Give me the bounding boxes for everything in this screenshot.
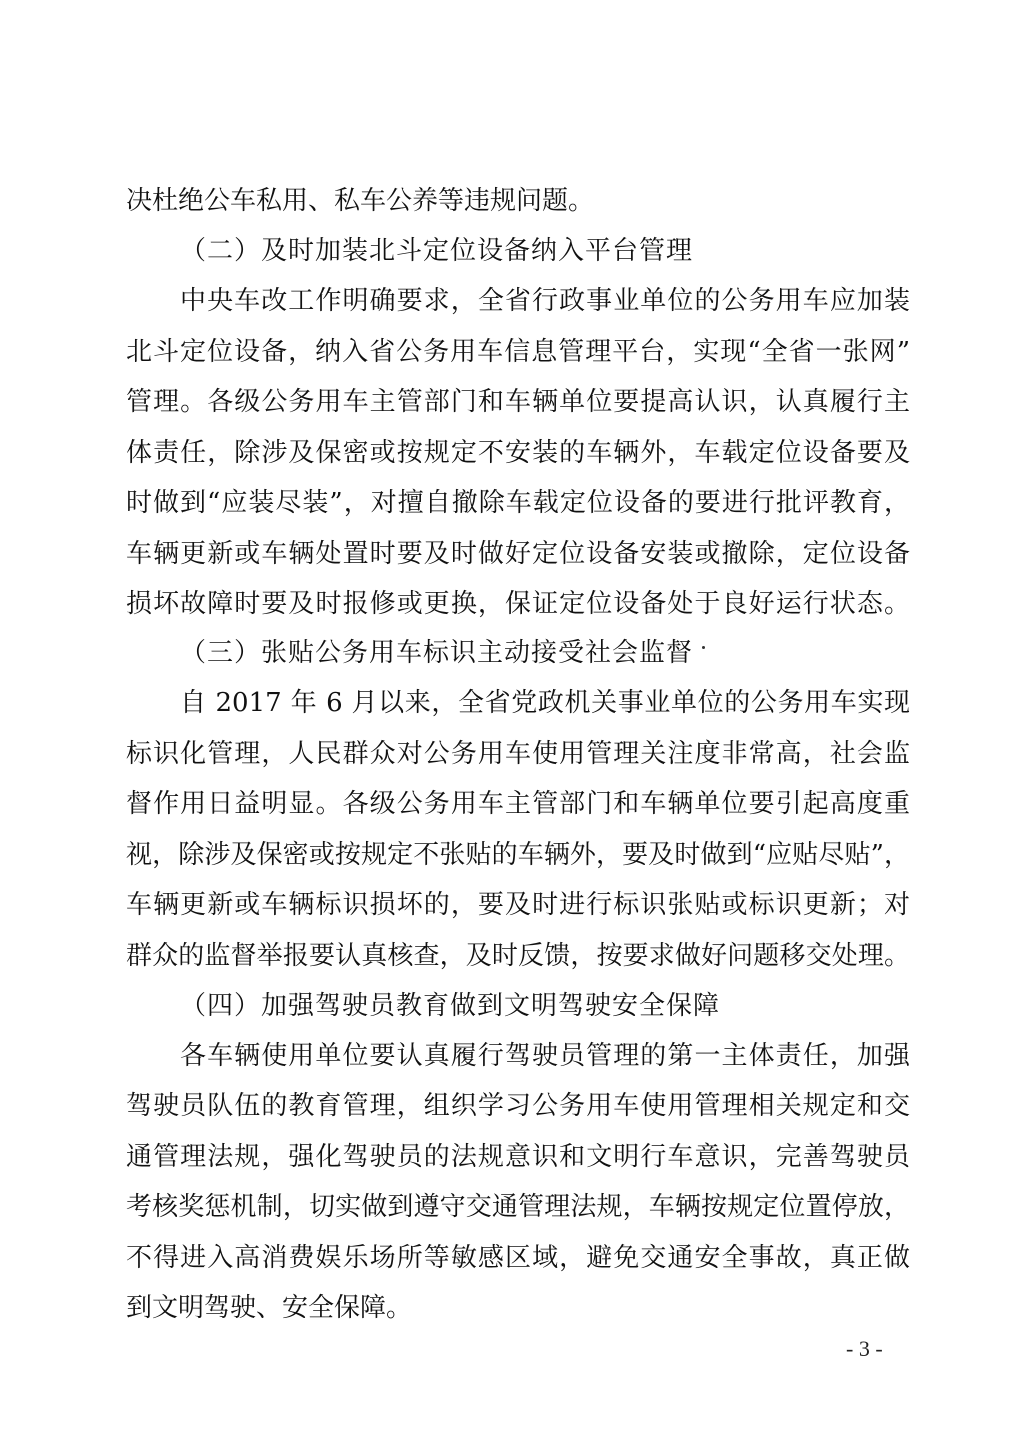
paragraph-line: 管理。各级公务用车主管部门和车辆单位要提高认识，认真履行主 (126, 385, 910, 419)
scan-artifact-dot (702, 646, 705, 649)
paragraph-line: 中央车改工作明确要求，全省行政事业单位的公务用车应加装 (180, 284, 910, 318)
paragraph-line: 决杜绝公车私用、私车公养等违规问题。 (126, 184, 910, 218)
section-heading-4: （四）加强驾驶员教育做到文明驾驶安全保障 (180, 989, 720, 1023)
paragraph-line: 各车辆使用单位要认真履行驾驶员管理的第一主体责任，加强 (180, 1039, 910, 1073)
section-heading-3: （三）张贴公务用车标识主动接受社会监督 (180, 636, 693, 670)
paragraph-line: 时做到“应装尽装”，对擅自撤除车载定位设备的要进行批评教育， (126, 486, 910, 520)
paragraph-line: 标识化管理，人民群众对公务用车使用管理关注度非常高，社会监 (126, 737, 910, 771)
paragraph-line: 到文明驾驶、安全保障。 (126, 1291, 910, 1325)
paragraph-line: 自 2017 年 6 月以来，全省党政机关事业单位的公务用车实现 (180, 686, 910, 720)
paragraph-line: 损坏故障时要及时报修或更换，保证定位设备处于良好运行状态。 (126, 587, 910, 621)
paragraph-line: 考核奖惩机制，切实做到遵守交通管理法规，车辆按规定位置停放， (126, 1190, 910, 1224)
paragraph-line: 车辆更新或车辆标识损坏的，要及时进行标识张贴或标识更新；对 (126, 888, 910, 922)
paragraph-line: 视，除涉及保密或按规定不张贴的车辆外，要及时做到“应贴尽贴”， (126, 838, 910, 872)
document-page: 决杜绝公车私用、私车公养等违规问题。 （二）及时加装北斗定位设备纳入平台管理 中… (0, 0, 1024, 1447)
paragraph-line: 车辆更新或车辆处置时要及时做好定位设备安装或撤除，定位设备 (126, 537, 910, 571)
paragraph-line: 北斗定位设备，纳入省公务用车信息管理平台，实现“全省一张网” (126, 335, 910, 369)
page-number: - 3 - (846, 1336, 883, 1362)
paragraph-line: 体责任，除涉及保密或按规定不安装的车辆外，车载定位设备要及 (126, 436, 910, 470)
paragraph-line: 群众的监督举报要认真核查，及时反馈，按要求做好问题移交处理。 (126, 939, 910, 973)
paragraph-line: 通管理法规，强化驾驶员的法规意识和文明行车意识，完善驾驶员 (126, 1140, 910, 1174)
section-heading-2: （二）及时加装北斗定位设备纳入平台管理 (180, 234, 693, 268)
paragraph-line: 驾驶员队伍的教育管理，组织学习公务用车使用管理相关规定和交 (126, 1089, 910, 1123)
paragraph-line: 不得进入高消费娱乐场所等敏感区域，避免交通安全事故，真正做 (126, 1241, 910, 1275)
paragraph-line: 督作用日益明显。各级公务用车主管部门和车辆单位要引起高度重 (126, 787, 910, 821)
